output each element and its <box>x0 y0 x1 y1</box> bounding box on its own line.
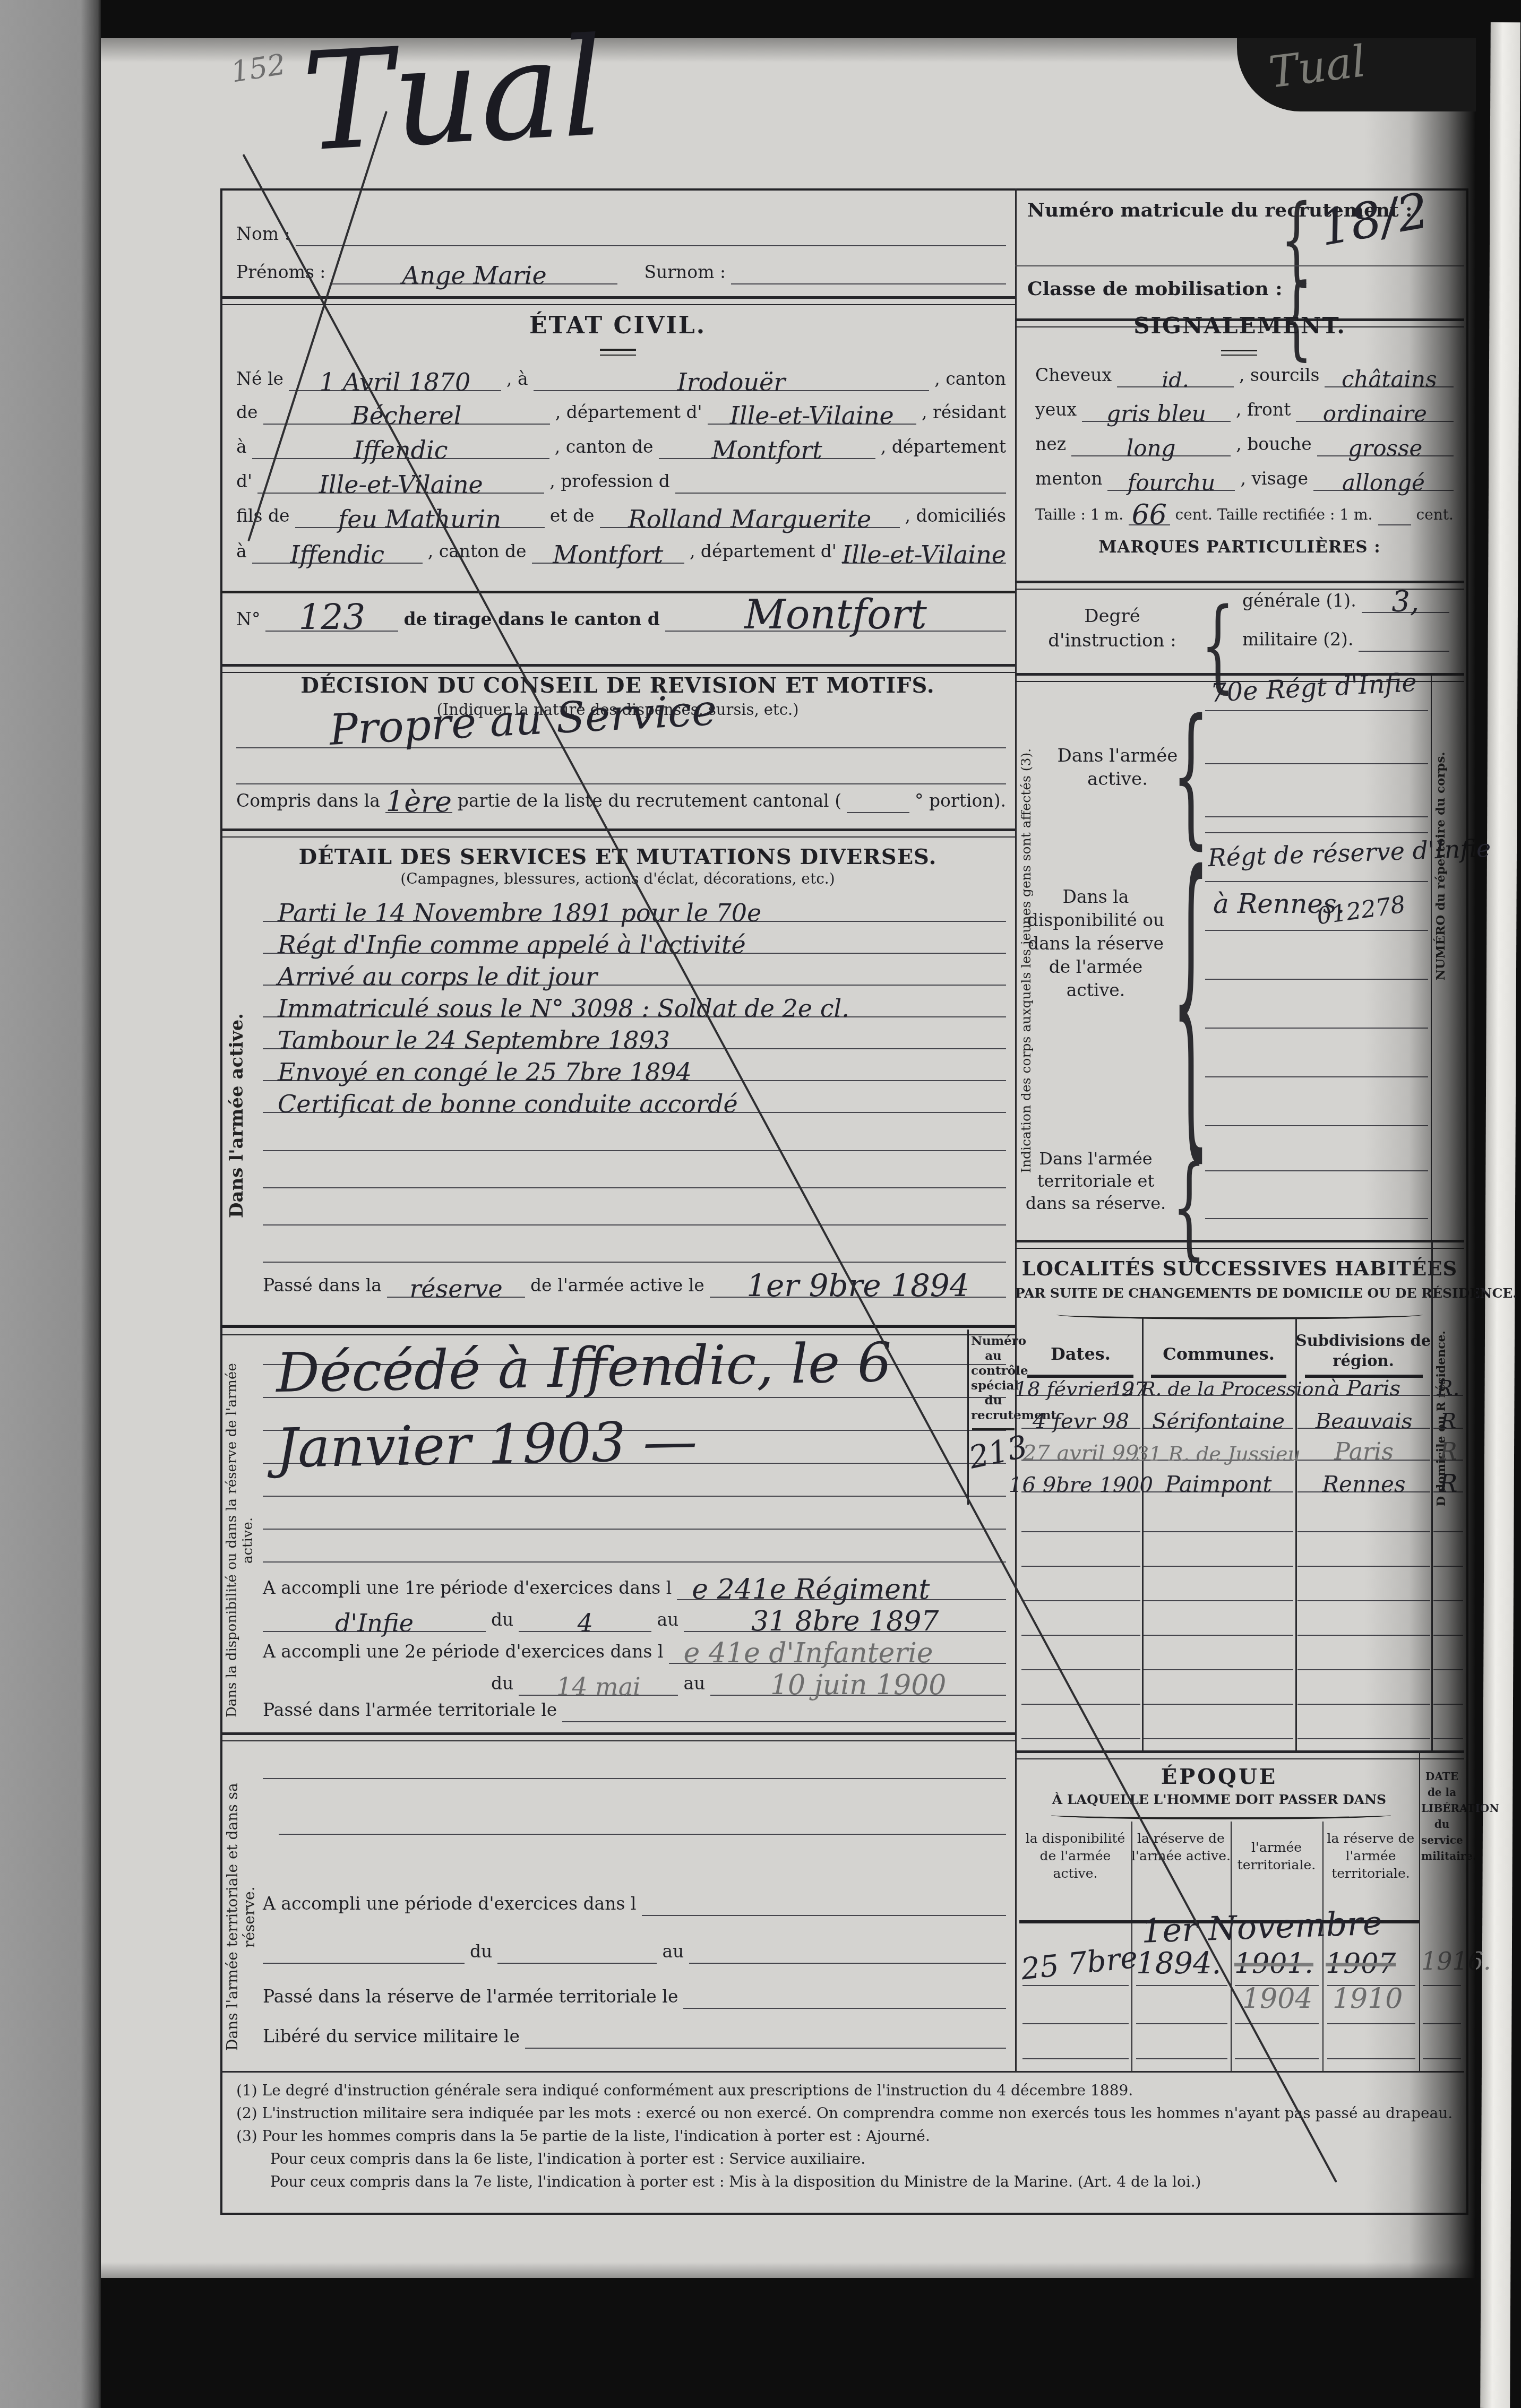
instruction-generale-row: générale (1). 3, <box>1242 583 1449 613</box>
service-field: Parti le 14 Novembre 1891 pour le 70e <box>263 890 1006 922</box>
disponibilite-side-label: Dans la disponibilité ou dans la réserve… <box>224 1354 256 1726</box>
localites-subdivision-cell: Rennes <box>1297 1462 1430 1492</box>
menton-value: fourchu <box>1128 472 1216 494</box>
service-line: Certificat de bonne conduite accordé <box>263 1082 1006 1113</box>
naissance-row: Né le 1 Avril 1870 , à Irodouër , canton <box>236 358 1006 391</box>
degre-label: Degré d'instruction : <box>1027 604 1197 653</box>
dept-residence-field: Ille-et-Vilaine <box>257 460 544 494</box>
menton-row: menton fourchu , visage allongé <box>1035 459 1454 491</box>
bouche-field: grosse <box>1317 424 1454 456</box>
nom-field <box>296 212 1006 246</box>
ruled-line <box>263 1529 1006 1530</box>
localites-dr: R <box>1439 1440 1457 1464</box>
epoque-col4-header: la réserve de l'armée territoriale. <box>1322 1829 1419 1882</box>
domicile: Iffendic <box>290 542 384 567</box>
taille-value: 66 <box>1132 501 1167 529</box>
periode2-field: e 41e d'Infanterie <box>669 1630 1006 1664</box>
surname-signature: Tual <box>299 20 607 170</box>
controle-special-label: Numéro au contrôle spécial du recrutemen… <box>969 1330 1017 1423</box>
portion-field <box>847 779 909 813</box>
controle-value: 213 <box>966 1433 1019 1473</box>
a-label: , à <box>506 368 528 391</box>
service-entry: Certificat de bonne conduite accordé <box>278 1092 738 1116</box>
epoque-flourish <box>1051 1811 1391 1819</box>
localites-date-cell: 16 9bre 1900 <box>1021 1462 1140 1492</box>
localites-subdivision: à Paris <box>1327 1378 1400 1399</box>
sourcils-field: châtains <box>1325 355 1454 387</box>
epoque-span-value: 1er Novembre <box>1141 1906 1382 1948</box>
du-label: du <box>491 1609 513 1632</box>
corps-line <box>1205 710 1428 711</box>
menton-label: menton <box>1035 468 1102 491</box>
corps-line <box>1205 1218 1428 1219</box>
localites-commune-cell: Paimpont <box>1144 1462 1293 1492</box>
nez-row: nez long , bouche grosse <box>1035 425 1454 456</box>
periode1-row: A accompli une 1re période d'exercices d… <box>263 1567 1006 1600</box>
prenoms-value: Ange Marie <box>402 263 547 288</box>
dept-label: , département d' <box>555 402 702 425</box>
cent-label: cent. <box>1416 506 1454 525</box>
epoque-cell-line <box>1235 2023 1319 2024</box>
taille-label: Taille : 1 m. <box>1035 506 1123 525</box>
visage-value: allongé <box>1342 472 1425 494</box>
sourcils-value: châtains <box>1342 368 1437 391</box>
localites-col-communes: Communes. <box>1142 1344 1295 1364</box>
localites-commune: Sérifontaine <box>1152 1411 1285 1432</box>
canton-naissance: Bécherel <box>351 403 462 428</box>
corps-line <box>1205 1028 1428 1029</box>
partie-field: 1ère <box>385 779 452 813</box>
deces-note-line1: Décédé à Iffendic, le 6 <box>276 1336 892 1401</box>
residence-row: à Iffendic , canton de Montfort , départ… <box>236 426 1006 459</box>
service-field: Immatriculé sous le N° 3098 : Soldat de … <box>263 986 1006 1017</box>
passe-value1: réserve <box>409 1276 502 1301</box>
repertoire-divider <box>1431 675 1432 1242</box>
localites-subdivision-cell: Paris <box>1297 1430 1430 1461</box>
localites-dr-cell: R. <box>1433 1365 1463 1396</box>
localites-blank-communes <box>1144 1498 1293 1742</box>
deces-note-line2: Janvier 1903 — <box>276 1414 698 1476</box>
epoque-subtitle: À LAQUELLE L'HOMME DOIT PASSER DANS <box>1019 1792 1419 1807</box>
pere-field: feu Mathurin <box>295 494 545 528</box>
mere: Rolland Marguerite <box>628 507 871 531</box>
libere-field <box>525 2015 1006 2049</box>
profession-field <box>675 460 1006 494</box>
lieu-naissance-field: Irodouër <box>534 357 930 391</box>
residence-field: Iffendic <box>252 425 549 459</box>
canton-domicile-field: Montfort <box>532 530 684 564</box>
periode2-row: A accompli une 2e période d'exercices da… <box>263 1631 1006 1664</box>
localites-date-cell: 4 fevr 98 <box>1021 1398 1140 1429</box>
corps-line <box>1205 1170 1428 1171</box>
libere-label: Libéré du service militaire le <box>263 2026 520 2049</box>
ruled-line <box>263 1561 1006 1563</box>
pencil-corner-note: 152 <box>229 50 287 87</box>
periode1-field: e 241e Régiment <box>677 1566 1006 1600</box>
dept-naissance-field: Ille-et-Vilaine <box>708 391 916 425</box>
yeux-field: gris bleu <box>1082 389 1231 422</box>
taille-rectifiee-field <box>1378 493 1411 525</box>
territoriale-passe-label: Passé dans la réserve de l'armée territo… <box>263 1986 678 2009</box>
periode1-dates-row: d'Infie du 4 au 31 8bre 1897 <box>263 1599 1006 1632</box>
footnote-2: (2) L'instruction militaire sera indiqué… <box>236 2104 1452 2122</box>
visage-label: , visage <box>1240 468 1308 491</box>
localites-subdivision-cell: Beauvais <box>1297 1398 1430 1429</box>
localites-commune-cell: 31 R. de Jussieu <box>1144 1430 1293 1461</box>
profession-row: d' Ille-et-Vilaine , profession d <box>236 461 1006 494</box>
territoriale-au-field <box>689 1930 1006 1964</box>
surnom-field <box>731 251 1006 284</box>
dept2-label: , département <box>881 436 1006 459</box>
epoque-liberation-value: 1916. <box>1421 1949 1491 1973</box>
epoque-cell-line <box>1022 2058 1129 2059</box>
nez-value: long <box>1127 437 1176 460</box>
front-value: ordinaire <box>1323 403 1427 425</box>
portion-suffix: ° portion). <box>915 790 1006 813</box>
residant-label: , résidant <box>922 402 1006 425</box>
militaire-field <box>1359 621 1449 652</box>
pere: feu Mathurin <box>338 507 501 531</box>
partie-value: 1ère <box>386 788 452 816</box>
territoriale-du-field <box>497 1930 657 1964</box>
epoque-col1-header: la disponibilité de l'armée active. <box>1019 1829 1131 1882</box>
tirage-text: de tirage dans le canton d <box>403 609 659 632</box>
canton-label: , canton <box>934 368 1006 391</box>
passe-territoriale-row: Passé dans l'armée territoriale le <box>263 1689 1006 1722</box>
footnote-5: Pour ceux compris dans la 7e liste, l'in… <box>270 2173 1452 2190</box>
localites-date: 4 fevr 98 <box>1033 1411 1129 1432</box>
territoriale-accompli-field <box>642 1882 1006 1916</box>
service-blank-line <box>263 1150 1006 1151</box>
territoriale-accompli-label: A accompli une période d'exercices dans … <box>263 1893 637 1916</box>
localites-divider-3 <box>1431 1242 1433 1751</box>
service-blank-line <box>263 1224 1006 1225</box>
canton-de-label: , canton de <box>555 436 654 459</box>
ruled-line <box>279 1834 1006 1835</box>
taille-field: 66 <box>1129 493 1170 525</box>
localites-commune: Paimpont <box>1165 1473 1272 1496</box>
front-label: , front <box>1236 399 1291 422</box>
epoque-reserve-territoriale-struck: 1907 <box>1326 1950 1396 1978</box>
canton-residence-field: Montfort <box>659 425 875 459</box>
periode2-prefix: A accompli une 2e période d'exercices da… <box>263 1641 664 1664</box>
localites-dr: R <box>1439 1471 1458 1496</box>
epoque-col3-header: l'armée territoriale. <box>1231 1839 1322 1874</box>
brace-disponibilite: { <box>1172 834 1209 1161</box>
service-line: Régt d'Infie comme appelé à l'activité <box>263 923 1006 954</box>
taille-suffix: cent. Taille rectifiée : 1 m. <box>1175 506 1373 525</box>
signalement-title: SIGNALEMENT. <box>1015 313 1464 339</box>
domicile-field: Iffendic <box>252 530 423 564</box>
et-de-label: et de <box>550 505 595 528</box>
service-line: Arrivé au corps le dit jour <box>263 955 1006 986</box>
nez-label: nez <box>1035 434 1066 456</box>
footnote-3: (3) Pour les hommes compris dans la 5e p… <box>236 2127 1452 2145</box>
profession-label: , profession d <box>549 471 670 494</box>
epoque-territoriale-struck: 1901. <box>1234 1950 1313 1978</box>
epoque-reserve-value: 1894. <box>1136 1949 1221 1979</box>
epoque-cell-line <box>1423 2058 1461 2059</box>
territoriale-corps-label: Dans l'armée territoriale et dans sa rés… <box>1024 1147 1168 1214</box>
localites-date: 16 9bre 1900 <box>1009 1474 1153 1496</box>
epoque-reserve-territoriale-value: 1910 <box>1333 1985 1403 2013</box>
ruled-line <box>263 1496 1006 1497</box>
ruled-line <box>263 1778 1006 1779</box>
compris-row: Compris dans la 1ère partie de la liste … <box>236 780 1006 813</box>
tirage-canton: Montfort <box>744 594 927 635</box>
epoque-date-divider <box>1419 1750 1420 2071</box>
corps-line <box>1205 763 1428 764</box>
localites-subdivision: Beauvais <box>1316 1411 1412 1432</box>
bouche-value: grosse <box>1348 437 1422 460</box>
territoriale-au-label: au <box>662 1941 684 1964</box>
corps-line <box>1205 930 1428 931</box>
dept-domicile: Ille-et-Vilaine <box>842 542 1006 567</box>
armee-active-side-label: Dans l'armée active. <box>226 909 250 1323</box>
service-field: Tambour le 24 Septembre 1893 <box>263 1017 1006 1049</box>
passe-reserve-row: Passé dans la réserve de l'armée active … <box>263 1263 1006 1298</box>
cheveux-row: Cheveux id. , sourcils châtains <box>1035 356 1454 387</box>
dept-domicile-field: Ille-et-Vilaine <box>842 530 1006 564</box>
territoriale-du-label: du <box>470 1941 492 1964</box>
visage-field: allongé <box>1313 458 1454 491</box>
canton-de2-label: , canton de <box>428 541 527 564</box>
service-blank-line <box>263 1187 1006 1188</box>
instruction-militaire-row: militaire (2). <box>1242 622 1449 652</box>
dept3-label: , département d' <box>690 541 837 564</box>
epoque-cell-line <box>1423 1985 1461 1986</box>
epoque-cell-line <box>1327 2023 1415 2024</box>
localites-dr: R <box>1440 1411 1456 1432</box>
service-line: Parti le 14 Novembre 1891 pour le 70e <box>263 891 1006 922</box>
service-field: Régt d'Infie comme appelé à l'activité <box>263 922 1006 954</box>
localites-row: 18 février 97 12 R. de la Procession à P… <box>1019 1365 1464 1395</box>
numero-classe-rule <box>1015 265 1464 266</box>
corps-line <box>1205 816 1428 817</box>
localites-blank-subdivisions <box>1297 1498 1430 1742</box>
a2-label: à <box>236 436 247 459</box>
facing-page-edge <box>1480 22 1520 2408</box>
epoque-territoriale-value: 1904 <box>1242 1985 1312 2013</box>
services-subtitle: (Campagnes, blessures, actions d'éclat, … <box>220 870 1015 887</box>
localites-commune: 12 R. de la Procession <box>1111 1380 1326 1399</box>
periode1-prefix: A accompli une 1re période d'exercices d… <box>263 1577 672 1600</box>
corps-line <box>1205 1076 1428 1077</box>
epoque-cell-line <box>1136 1985 1227 1986</box>
dept-naissance: Ille-et-Vilaine <box>730 403 894 428</box>
yeux-value: gris bleu <box>1106 403 1206 425</box>
compris-prefix: Compris dans la <box>236 790 380 813</box>
corps-bottom-rule <box>1015 1240 1464 1249</box>
fils-de-label: fils de <box>236 505 290 528</box>
main-column-divider <box>1015 188 1017 2071</box>
cheveux-field: id. <box>1117 355 1234 387</box>
cheveux-label: Cheveux <box>1035 365 1112 387</box>
armee-active-label: Dans l'armée active. <box>1046 744 1189 791</box>
epoque-cell-line <box>1022 2023 1129 2024</box>
epoque-col2-header: la réserve de l'armée active. <box>1131 1829 1231 1865</box>
marques-label: MARQUES PARTICULIÈRES : <box>1015 538 1464 557</box>
territoriale-side-label: Dans l'armée territoriale et dans sa rés… <box>224 1779 256 2055</box>
localites-dr: R. <box>1437 1378 1460 1399</box>
epoque-cell-line <box>1136 2058 1227 2059</box>
service-line: Tambour le 24 Septembre 1893 <box>263 1019 1006 1049</box>
tirage-canton-field: Montfort <box>665 586 1006 632</box>
tirage-numero-field: 123 <box>265 586 398 632</box>
localites-title: LOCALITÉS SUCCESSIVES HABITÉES <box>1015 1257 1464 1280</box>
prenoms-row: Prénoms : Ange Marie Surnom : <box>236 252 1006 284</box>
passe-mid: de l'armée active le <box>530 1275 704 1298</box>
epoque-cell-line <box>1235 2058 1319 2059</box>
epoque-date-header: DATE de la LIBÉRATION du service militai… <box>1421 1768 1463 1864</box>
dept-residence: Ille-et-Vilaine <box>319 472 483 497</box>
epoque-cell-line <box>1327 2058 1415 2059</box>
localites-dr-cell: R <box>1433 1430 1463 1461</box>
yeux-row: yeux gris bleu , front ordinaire <box>1035 390 1454 422</box>
tirage-no-label: N° <box>236 609 260 632</box>
localites-row: 4 fevr 98 Sérifontaine Beauvais R <box>1019 1398 1464 1428</box>
a3-label: à <box>236 541 247 564</box>
date-naissance-field: 1 Avril 1870 <box>289 357 501 391</box>
territoriale-passe-field <box>683 1975 1006 2009</box>
militaire-label: militaire (2). <box>1242 629 1353 652</box>
localites-row: 16 9bre 1900 Paimpont Rennes R <box>1019 1462 1464 1491</box>
taille-row: Taille : 1 m. 66 cent. Taille rectifiée … <box>1035 494 1454 525</box>
localites-date-cell: 27 avril 99 <box>1021 1430 1140 1461</box>
territoriale-passe-row: Passé dans la réserve de l'armée territo… <box>263 1976 1006 2009</box>
service-field: Arrivé au corps le dit jour <box>263 954 1006 986</box>
controle-rule <box>972 1428 1015 1430</box>
localites-flourish <box>1056 1310 1423 1319</box>
tirage-row: N° 123 de tirage dans le canton d Montfo… <box>236 587 1006 632</box>
cheveux-value: id. <box>1162 369 1189 391</box>
service-line: Envoyé en congé le 25 7bre 1894 <box>263 1050 1006 1081</box>
page-corner-shadow: Tual <box>1237 38 1476 111</box>
epoque-title: ÉPOQUE <box>1019 1764 1419 1789</box>
surnom-label: Surnom : <box>644 262 726 284</box>
localites-blank-dr <box>1433 1498 1463 1742</box>
prenoms-field: Ange Marie <box>331 251 617 284</box>
passe-prefix: Passé dans la <box>263 1275 382 1298</box>
book-gutter <box>0 0 101 2408</box>
parents-row: fils de feu Mathurin et de Rolland Margu… <box>236 495 1006 528</box>
mere-field: Rolland Marguerite <box>600 494 900 528</box>
localites-bottom-rule <box>1015 1750 1464 1759</box>
localites-dr-cell: R <box>1433 1398 1463 1429</box>
localites-subtitle: PAR SUITE DE CHANGEMENTS DE DOMICILE OU … <box>1015 1285 1464 1301</box>
periode1-du-field: 4 <box>519 1598 651 1632</box>
corps-line <box>1205 1125 1428 1126</box>
libere-row: Libéré du service militaire le <box>263 2016 1006 2049</box>
ne-le-label: Né le <box>236 368 283 391</box>
localites-commune: 31 R. de Jussieu <box>1136 1444 1301 1464</box>
compris-suffix: partie de la liste du recrutement canton… <box>458 790 841 813</box>
passe-territoriale-field <box>562 1688 1006 1722</box>
localites-subdivision-cell: à Paris <box>1297 1365 1430 1396</box>
disponibilite-corps-label: Dans la disponibilité ou dans la réserve… <box>1024 885 1168 1002</box>
territoriale-dates-row: du au <box>263 1931 1006 1964</box>
front-field: ordinaire <box>1296 389 1454 422</box>
localites-blank-dates <box>1021 1498 1140 1742</box>
domicile-row: à Iffendic , canton de Montfort , départ… <box>236 531 1006 564</box>
domicilies-label: , domiciliés <box>905 505 1006 528</box>
menton-field: fourchu <box>1107 458 1235 491</box>
localites-subdivision: Paris <box>1334 1440 1394 1464</box>
service-line: Immatriculé sous le N° 3098 : Soldat de … <box>263 987 1006 1017</box>
periode1-au-field: 31 8bre 1897 <box>684 1598 1006 1632</box>
localites-dr-cell: R <box>1433 1462 1463 1492</box>
register-page: 152 Tual Nom : Prénoms : Ange Marie Surn… <box>101 38 1476 2278</box>
yeux-label: yeux <box>1035 399 1077 422</box>
periode1-corps-field: d'Infie <box>263 1598 486 1632</box>
numero-matricule-label: Numéro matricule du recrutement : <box>1027 197 1277 223</box>
ghost-writing: Tual <box>1267 40 1368 95</box>
canton-naissance-row: de Bécherel , département d' Ille-et-Vil… <box>236 392 1006 425</box>
localites-col-dates: Dates. <box>1019 1344 1142 1364</box>
passe-territoriale-label: Passé dans l'armée territoriale le <box>263 1699 557 1722</box>
generale-value: 3, <box>1392 588 1420 616</box>
bouche-label: , bouche <box>1236 434 1312 456</box>
canton-domicile: Montfort <box>553 542 663 567</box>
generale-label: générale (1). <box>1242 590 1356 613</box>
tirage-numero: 123 <box>298 600 365 635</box>
epoque-cell-line <box>1136 2023 1227 2024</box>
localites-date: 27 avril 99 <box>1023 1443 1139 1464</box>
localites-commune-cell: Sérifontaine <box>1144 1398 1293 1429</box>
service-field: Envoyé en congé le 25 7bre 1894 <box>263 1049 1006 1081</box>
canton-residence: Montfort <box>712 438 822 462</box>
classe-label: Classe de mobilisation : <box>1027 276 1277 301</box>
corps-line <box>1205 979 1428 980</box>
territoriale-accompli-row: A accompli une période d'exercices dans … <box>263 1883 1006 1916</box>
passe-field1: réserve <box>387 1262 525 1298</box>
decision-bottom-rule <box>220 828 1015 838</box>
corps-line <box>1205 832 1428 833</box>
de-label: de <box>236 402 258 425</box>
footnote-4: Pour ceux compris dans la 6e liste, l'in… <box>270 2150 1452 2168</box>
etat-civil-dash <box>600 349 636 356</box>
residence: Iffendic <box>354 438 448 462</box>
tirage-bottom-rule <box>220 664 1015 673</box>
localites-commune-cell: 12 R. de la Procession <box>1144 1365 1293 1396</box>
canton-naissance-field: Bécherel <box>263 391 550 425</box>
sourcils-label: , sourcils <box>1239 365 1319 387</box>
footnote-1: (1) Le degré d'instruction générale sera… <box>236 2082 1452 2099</box>
scanned-register-photo: { "page": { "corner_note": "152", "signa… <box>0 0 1521 2408</box>
top-band-rule-left <box>220 296 1015 305</box>
localites-subdivision: Rennes <box>1322 1473 1406 1496</box>
repertoire-caption: NUMÉRO du répertoire du corps. <box>1433 712 1462 1020</box>
corps-line <box>1205 881 1428 882</box>
epoque-cell-line <box>1022 1985 1129 1986</box>
d-label: d' <box>236 471 252 494</box>
generale-field: 3, <box>1362 582 1449 613</box>
au-label: au <box>657 1609 678 1632</box>
nez-field: long <box>1071 424 1231 456</box>
disponibilite-bottom-rule <box>220 1732 1015 1741</box>
epoque-cell-line <box>1423 2023 1461 2024</box>
localites-row: 27 avril 99 31 R. de Jussieu Paris R <box>1019 1430 1464 1460</box>
service-field: Certificat de bonne conduite accordé <box>263 1081 1006 1113</box>
territoriale-corps-field <box>263 1930 465 1964</box>
services-bottom-rule <box>220 1325 1015 1335</box>
